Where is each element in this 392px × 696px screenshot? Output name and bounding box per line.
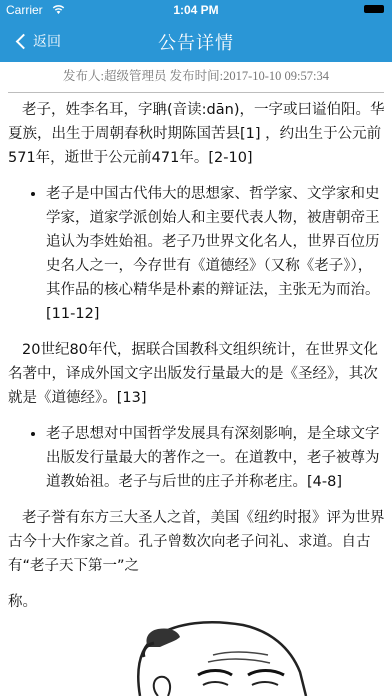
- article-list: 老子是中国古代伟大的思想家、哲学家、文学家和史学家，道家学派创始人和主要代表人物…: [8, 182, 386, 326]
- article-paragraph: 20世纪80年代，据联合国教科文组织统计，在世界文化名著中，译成外国文字出版发行…: [8, 338, 386, 410]
- list-item: 老子是中国古代伟大的思想家、哲学家、文学家和史学家，道家学派创始人和主要代表人物…: [46, 182, 386, 326]
- laozi-portrait-image: [8, 617, 386, 696]
- list-item: 老子思想对中国哲学发展具有深刻影响，是全球文字出版发行量最大的著作之一。在道教中…: [46, 422, 386, 494]
- portrait-drawing-icon: [8, 617, 386, 696]
- battery-icon: [364, 5, 384, 13]
- article-paragraph: 称。: [8, 590, 386, 614]
- article-body: 老子，姓李名耳，字聃(音读:dān)，一字或曰谥伯阳。华夏族，出生于周朝春秋时期…: [8, 98, 386, 626]
- status-bar: Carrier 1:04 PM: [0, 0, 392, 20]
- article-paragraph: 老子，姓李名耳，字聃(音读:dān)，一字或曰谥伯阳。华夏族，出生于周朝春秋时期…: [8, 98, 386, 170]
- article-list: 老子思想对中国哲学发展具有深刻影响，是全球文字出版发行量最大的著作之一。在道教中…: [8, 422, 386, 494]
- navigation-bar: 返回 公告详情: [0, 20, 392, 62]
- divider: [8, 92, 384, 93]
- page-title: 公告详情: [0, 29, 392, 55]
- clock: 1:04 PM: [0, 3, 392, 17]
- article-paragraph: 老子誉有东方三大圣人之首，美国《纽约时报》评为世界古今十大作家之首。孔子曾数次向…: [8, 506, 386, 578]
- publish-info: 发布人:超级管理员 发布时间:2017-10-10 09:57:34: [0, 64, 392, 92]
- app-header: Carrier 1:04 PM 返回 公告详情: [0, 0, 392, 62]
